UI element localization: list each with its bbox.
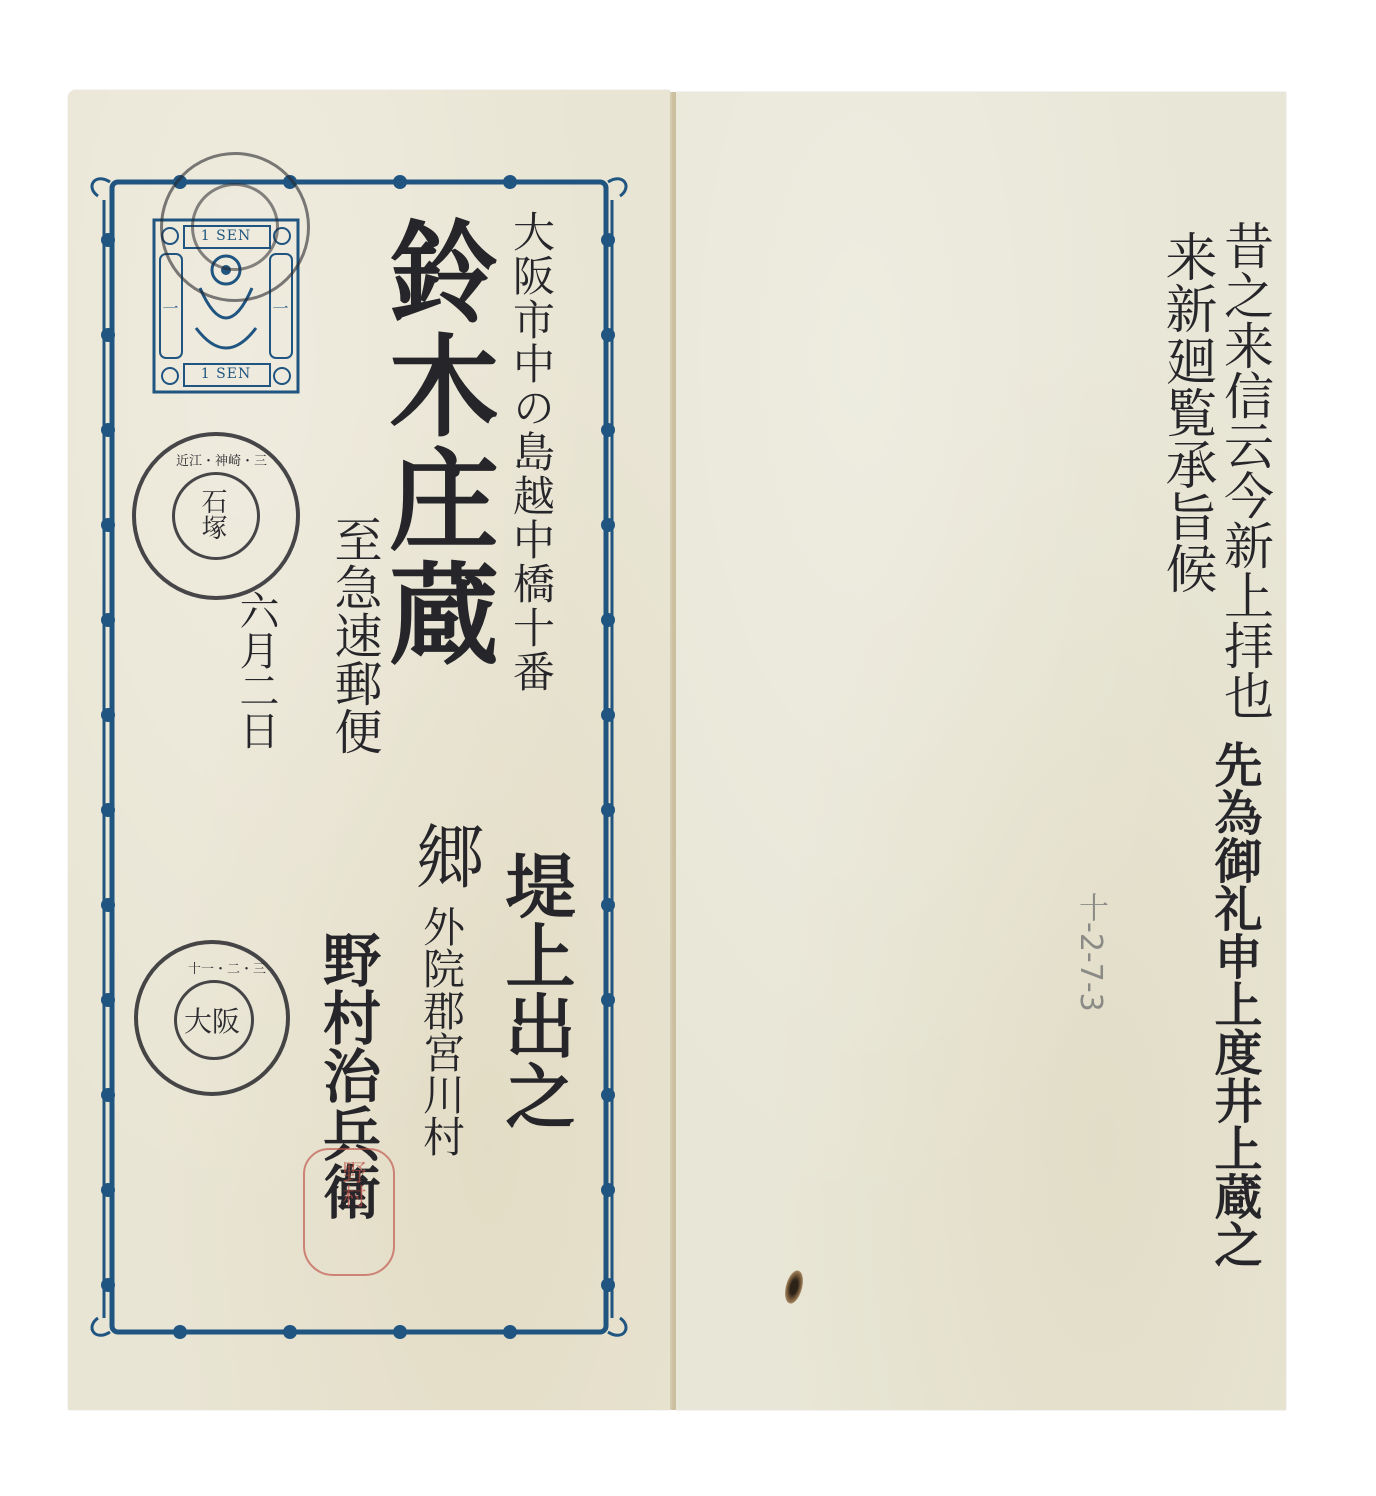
postmark-center-text: 大阪 — [138, 1000, 286, 1040]
pencil-note: 十-2-7-3 — [1068, 892, 1112, 1012]
bottom-postmark: 大阪 十一・二・三 — [134, 940, 290, 1096]
sender-place: 外院郡宮川村 — [420, 905, 462, 1157]
back-line-2: 来新廻覧承旨候 — [1160, 230, 1212, 594]
postmark-ring-text: 近江・神崎・三 — [176, 450, 267, 469]
seal-text: 野村 — [335, 1160, 370, 1208]
back-line-3: 先為御礼申上度井上蔵之 — [1210, 740, 1258, 1268]
sender-right-text: 堤上出之 — [500, 850, 570, 1130]
date-text: 六月二日 — [236, 590, 276, 750]
middle-postmark: 石塚 近江・神崎・三 — [132, 432, 300, 600]
back-line-1: 昔之来信云今新上拝也 — [1220, 220, 1270, 720]
delivery-note: 至急速郵便 — [330, 515, 378, 755]
address-line: 大阪市中の島越中橋十番 — [510, 210, 552, 694]
red-seal: 野村 — [303, 1148, 395, 1276]
postmark-ring-text: 十一・二・三 — [188, 958, 266, 977]
recipient-honorific: 郷 — [410, 820, 480, 890]
top-postmark — [160, 152, 310, 302]
postmark-center-text: 石塚 — [194, 488, 231, 540]
recipient-name: 鈴木庄蔵 — [380, 215, 490, 671]
stamp-denomination-bottom: 1 SEN — [152, 366, 300, 382]
